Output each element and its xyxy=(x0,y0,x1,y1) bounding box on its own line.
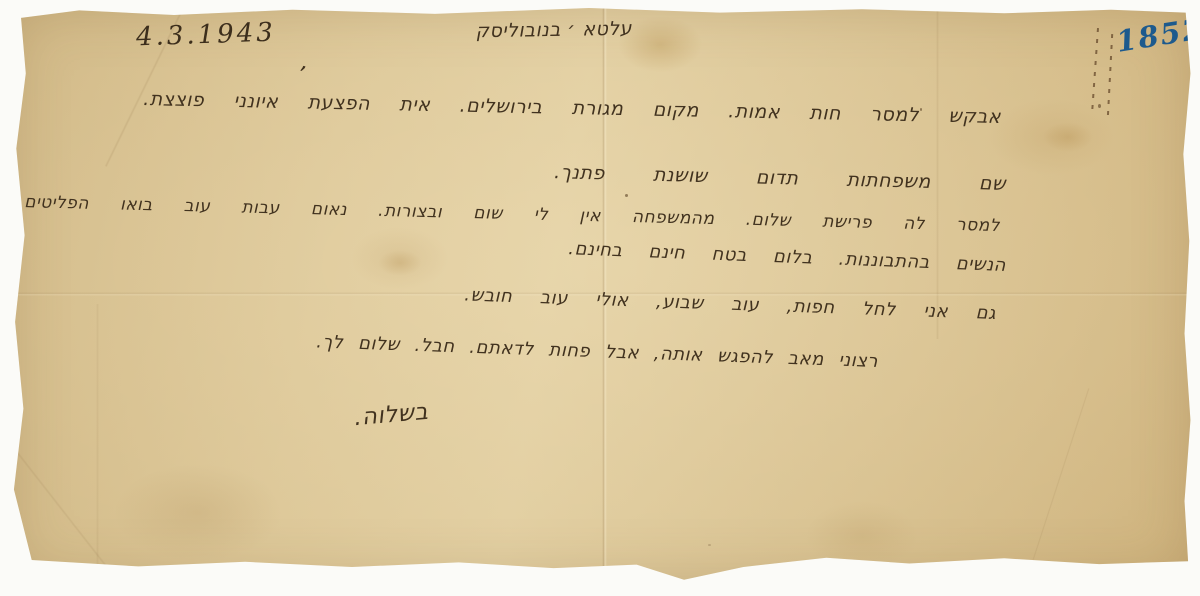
letter-paper: 4.3.1943 עלטא ׳ בנובוליסק , 1852 אבקש למ… xyxy=(8,4,1194,582)
handwritten-header-note: עלטא ׳ בנובוליסק xyxy=(354,18,632,45)
letter-line: שם משפחתות תדום שושנת פתנך. xyxy=(554,161,1006,195)
letter-line: למסר לה פרישת שלום. מהמשפחה אין לי שום ו… xyxy=(18,192,1000,236)
signature-handwritten: בשלוה. xyxy=(353,399,429,431)
ink-speck xyxy=(708,544,711,546)
letter-line: רצוני מאב להפגש אותה, אבל פחות לדאתם. חב… xyxy=(316,331,878,372)
perforation-dots xyxy=(1091,28,1099,114)
perforation-dots xyxy=(1107,34,1113,118)
handwritten-date: 4.3.1943 xyxy=(136,18,277,53)
letter-line: הנשים בהתבוננות. בלום בטח חינם בחינם. xyxy=(568,238,1006,276)
wrinkle-crease-left xyxy=(96,304,99,584)
letter-line: אבקש למסר חות אמות. מקום מגורת בירושלים.… xyxy=(143,88,1001,128)
catalog-number-blue-ink: 1852 xyxy=(1114,11,1200,58)
wrinkle-crease-bottom-left xyxy=(8,441,115,577)
paper-stain xyxy=(378,250,422,276)
wrinkle-crease-bottom-right xyxy=(1032,388,1090,560)
stray-pen-mark: , xyxy=(299,49,312,75)
ink-speck xyxy=(625,194,628,197)
paper-stain xyxy=(1043,122,1093,152)
scanned-letter-page: 4.3.1943 עלטא ׳ בנובוליסק , 1852 אבקש למ… xyxy=(0,0,1200,596)
ink-speck xyxy=(1098,104,1101,108)
letter-line: גם אני לחל חפות, עוב שבוע, אולי עוב חובש… xyxy=(464,284,996,324)
